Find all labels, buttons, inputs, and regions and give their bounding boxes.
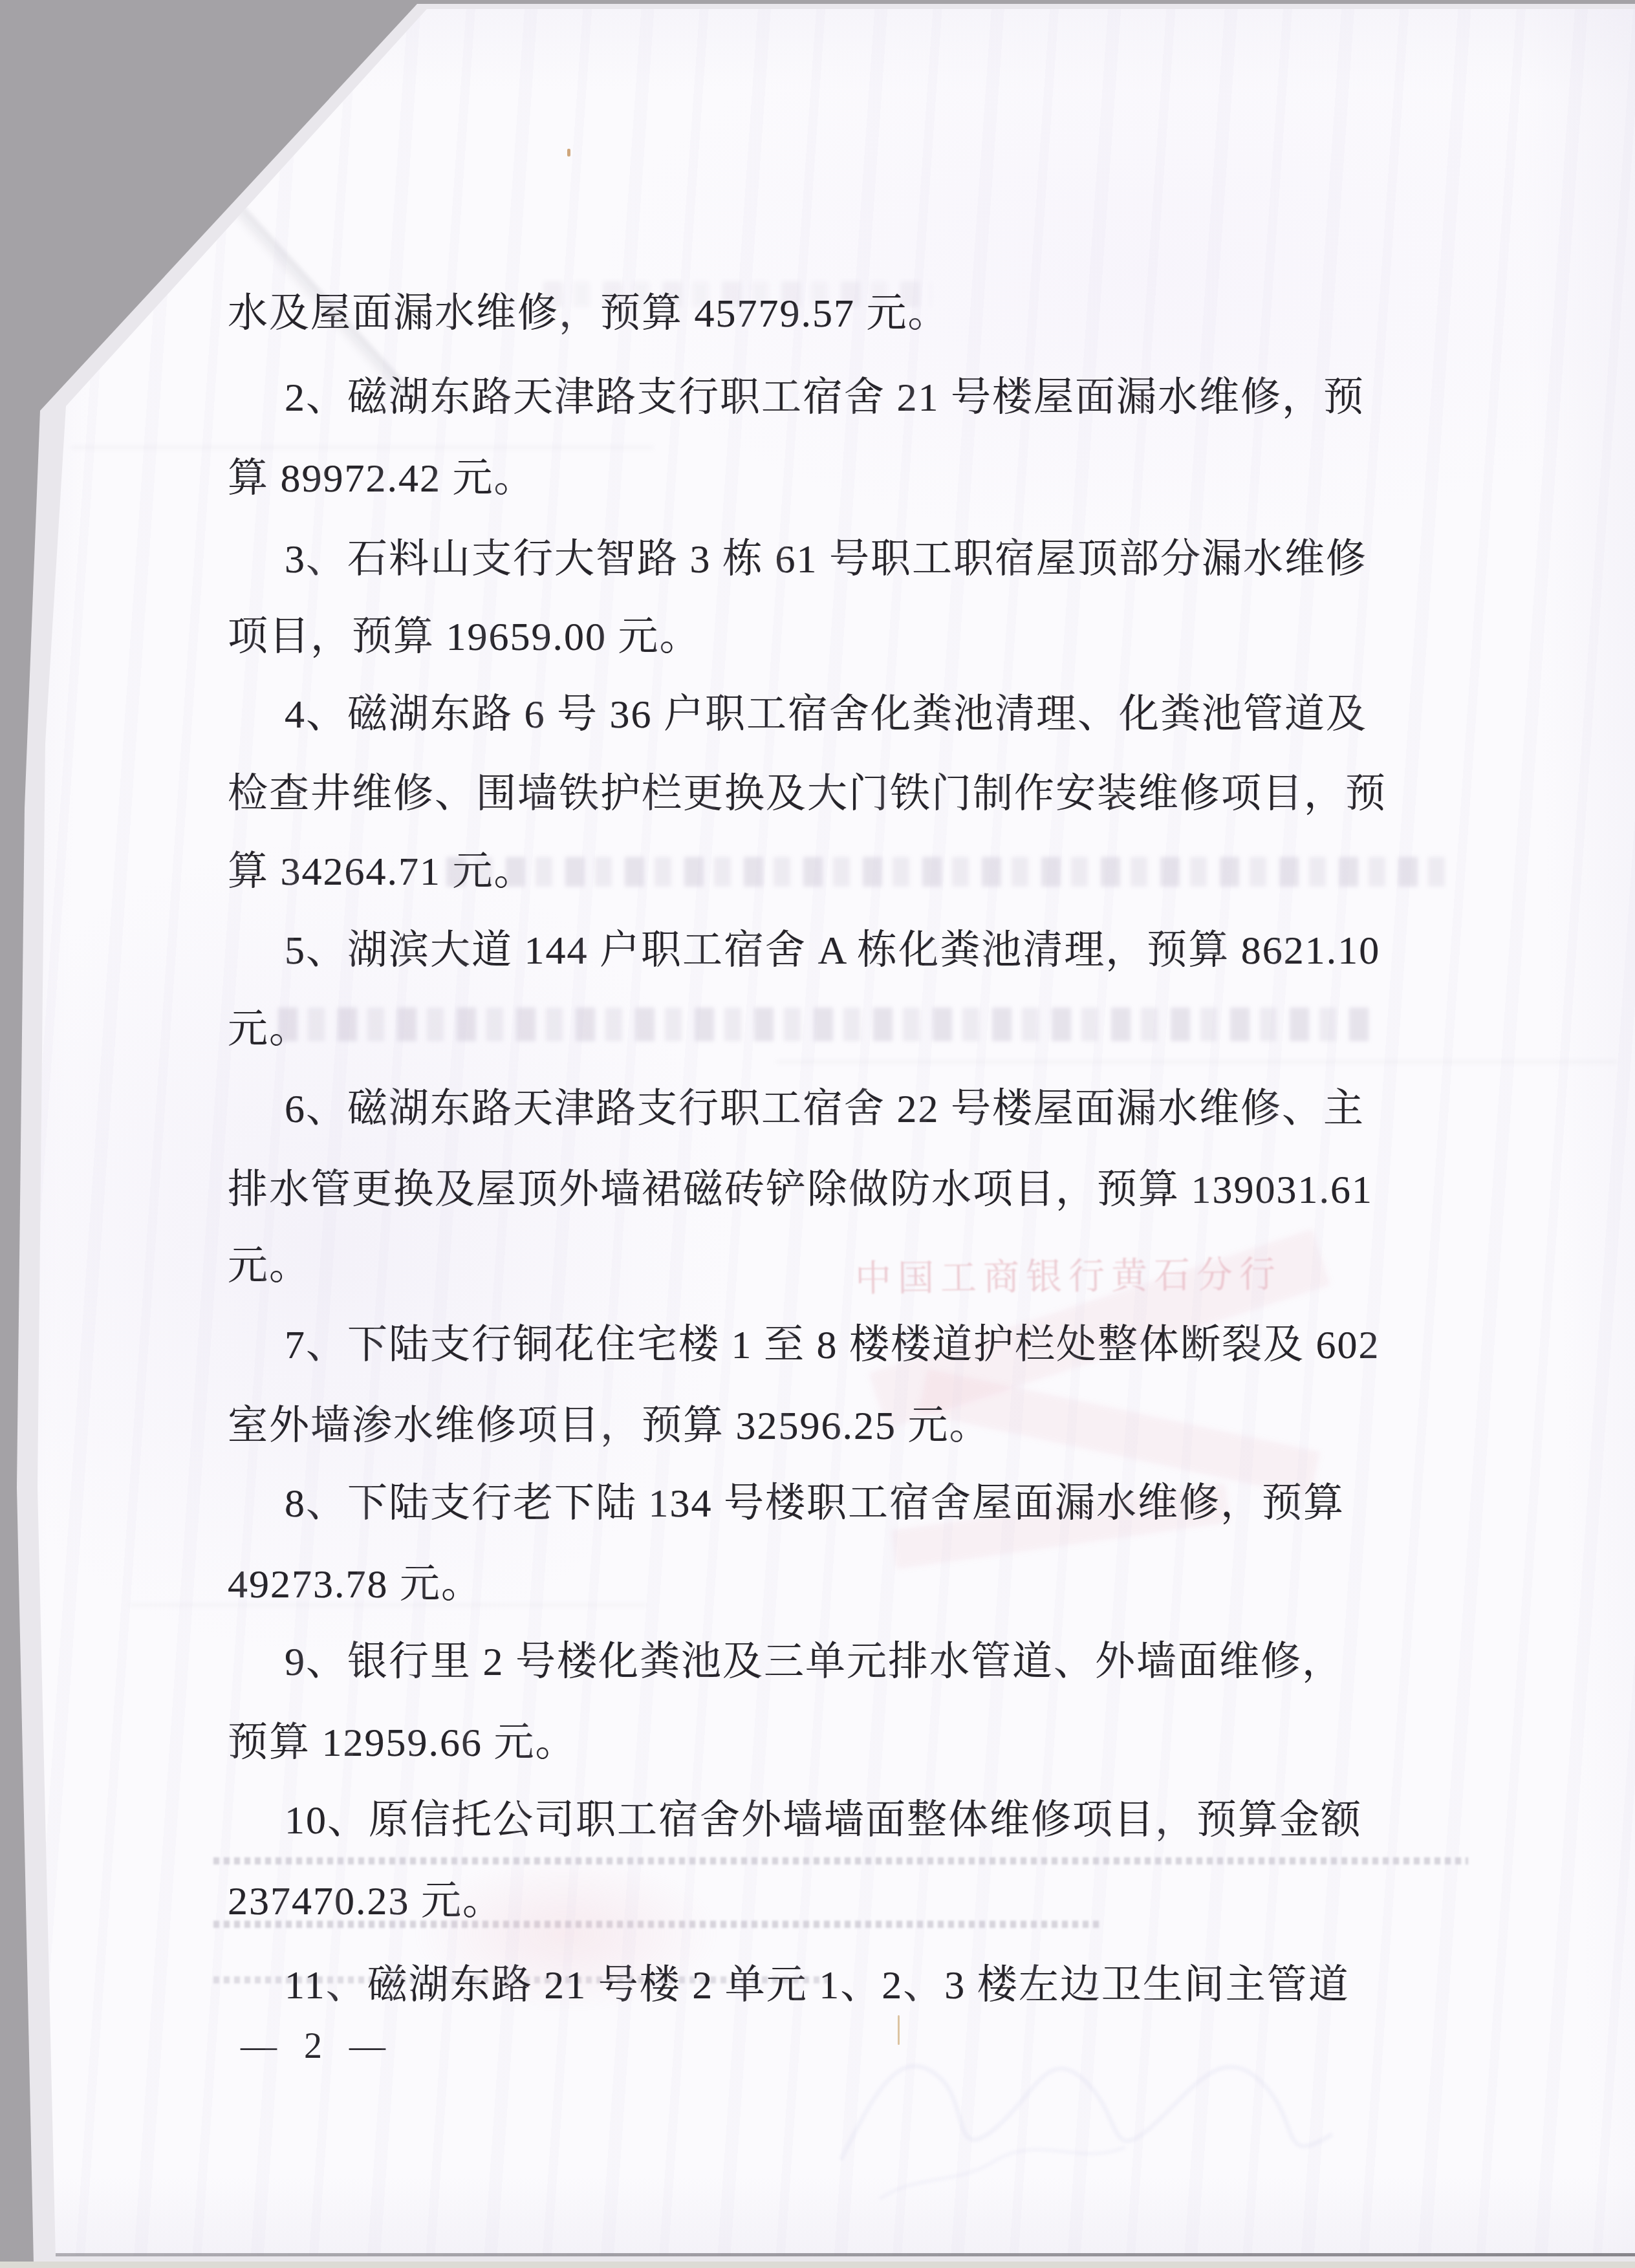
text-line: 7、下陆支行铜花住宅楼 1 至 8 楼楼道护栏处整体断裂及 602: [285, 1322, 1380, 1368]
paper-speck: [567, 149, 570, 157]
text-line: 5、湖滨大道 144 户职工宿舍 A 栋化粪池清理，预算 8621.10: [285, 927, 1380, 974]
handwriting-bleed: [802, 2005, 1384, 2225]
reverse-side-text-bleed: [446, 857, 1455, 887]
text-line: 算 34264.71 元。: [228, 848, 536, 895]
text-line: 6、磁湖东路天津路支行职工宿舍 22 号楼屋面漏水维修、主: [285, 1086, 1365, 1132]
text-line: 室外墙渗水维修项目，预算 32596.25 元。: [228, 1403, 991, 1449]
text-line: 10、原信托公司职工宿舍外墙墙面整体维修项目，预算金额: [285, 1797, 1362, 1844]
paper-crease: [71, 446, 653, 450]
text-line: 237470.23 元。: [228, 1878, 504, 1925]
scanner-background: { "document": { "kind": "scanned officia…: [0, 0, 1635, 2268]
page-number: — 2 —: [241, 2025, 395, 2067]
text-line: 4、磁湖东路 6 号 36 户职工宿舍化粪池清理、化粪池管道及: [285, 691, 1367, 738]
text-line: 11、磁湖东路 21 号楼 2 单元 1、2、3 楼左边卫生间主管道: [285, 1962, 1350, 2009]
reverse-side-text-bleed: [278, 1008, 1378, 1041]
text-line: 排水管更换及屋顶外墙裙磁砖铲除做防水项目，预算 139031.61: [228, 1167, 1373, 1213]
scanner-bed-strip: [0, 2262, 1635, 2268]
text-line: 49273.78 元。: [228, 1561, 482, 1608]
text-line: 水及屋面漏水维修，预算 45779.57 元。: [228, 290, 949, 337]
text-line: 算 89972.42 元。: [228, 455, 536, 502]
text-line: 3、石料山支行大智路 3 栋 61 号职工职宿屋顶部分漏水维修: [285, 536, 1367, 583]
text-line: 元。: [228, 1006, 310, 1053]
reverse-side-smallprint-bleed: [213, 1857, 1468, 1864]
paper-fiber: [898, 2015, 900, 2045]
text-line: 预算 12959.66 元。: [228, 1720, 577, 1766]
paper-bottom-edge: [56, 2253, 1635, 2256]
text-line: 8、下陆支行老下陆 134 号楼职工宿舍屋面漏水维修，预算: [285, 1480, 1345, 1527]
text-line: 项目，预算 19659.00 元。: [228, 614, 701, 660]
text-line: 元。: [228, 1243, 310, 1290]
text-line: 9、银行里 2 号楼化粪池及三单元排水管道、外墙面维修，: [285, 1639, 1343, 1685]
text-line: 检查井维修、围墙铁护栏更换及大门铁门制作安装维修项目，预: [228, 771, 1387, 817]
document-page: 中国工商银行黄石分行 水及屋面漏水维修，预算 45779.57 元。2、磁湖东路…: [0, 0, 1635, 2268]
paper-crease: [776, 1061, 1617, 1064]
text-line: 2、磁湖东路天津路支行职工宿舍 21 号楼屋面漏水维修，预: [285, 374, 1365, 421]
